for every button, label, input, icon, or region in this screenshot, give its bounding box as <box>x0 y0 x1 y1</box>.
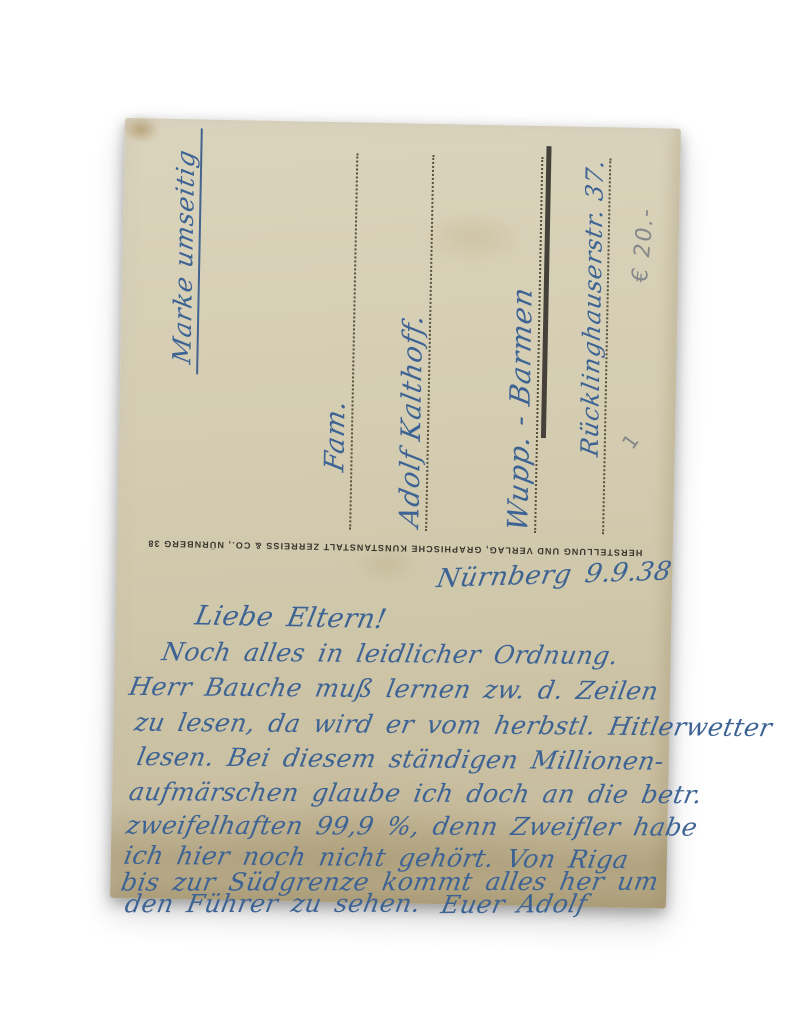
stamp-note: Marke umseitig <box>152 120 203 375</box>
message-line: den Führer zu sehen. <box>123 889 423 918</box>
paper-stain <box>122 115 161 144</box>
address-line-4: Rücklinghauserstr. 37. <box>560 157 611 534</box>
photo-background: Marke umseitig Fam. Adolf Kalthoff. Wupp… <box>0 0 800 1024</box>
message-line: Herr Bauche muß lernen zw. d. Zeilen <box>127 672 661 706</box>
message-line: aufmärschen glaube ich doch an die betr. <box>127 777 705 809</box>
address-line-1: Fam. <box>307 153 358 530</box>
message-line: zweifelhaften 99,9 %, denn Zweifler habe <box>124 811 700 842</box>
message-line: lesen. Bei diesem ständigen Millionen- <box>135 742 667 776</box>
address-recipient-prefix: Fam. <box>318 397 351 532</box>
address-city: Wupp. - Barmen <box>501 284 539 536</box>
pencil-tick-mark: 1 <box>617 423 653 457</box>
address-line-2: Adolf Kalthoff. <box>383 154 434 531</box>
message-signature: Euer Adolf <box>439 889 590 919</box>
stamp-note-text: Marke umseitig <box>167 147 200 366</box>
address-recipient-name: Adolf Kalthoff. <box>394 311 429 533</box>
message-dateline: Nürnberg 9.9.38 <box>434 557 674 594</box>
message-line: zu lesen, da wird er vom herbstl. Hitler… <box>132 708 774 742</box>
message-salutation: Liebe Eltern! <box>192 600 389 635</box>
message-line: Noch alles in leidlicher Ordnung. <box>160 637 621 670</box>
address-street: Rücklinghauserstr. 37. <box>574 156 609 537</box>
postcard-back: Marke umseitig Fam. Adolf Kalthoff. Wupp… <box>110 118 681 909</box>
address-line-3: Wupp. - Barmen <box>492 156 543 533</box>
dealer-price-note: € 20.- <box>628 166 672 287</box>
publisher-imprint: HERSTELLUNG UND VERLAG, GRAPHISCHE KUNST… <box>129 532 661 558</box>
